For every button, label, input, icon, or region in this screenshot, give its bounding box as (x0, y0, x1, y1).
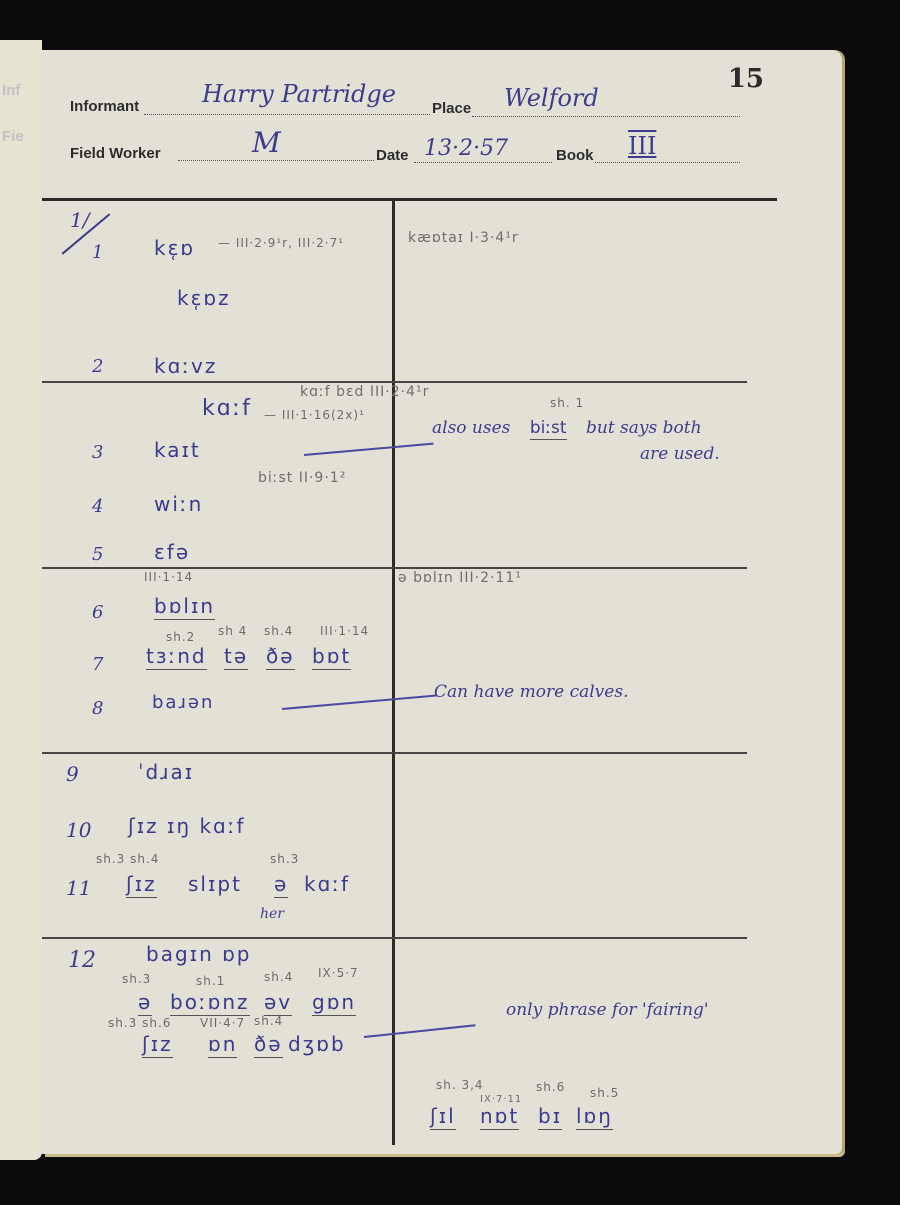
pencil-note: kæɒtaɪ I·3·4¹r (408, 230, 519, 246)
sh-label: sh.6 (536, 1080, 565, 1094)
table-column-divider (392, 200, 395, 1145)
informant-line (144, 114, 430, 115)
sh-label: sh. 3,4 (436, 1078, 484, 1092)
sh-label: sh.4 (264, 970, 293, 984)
ghost-label: Inf (2, 82, 20, 99)
ipa-transcription: ˈdɹaɪ (138, 760, 194, 784)
ipa-word: bɪ (538, 1104, 562, 1130)
ghost-label: Fie (2, 128, 24, 145)
annotation-note-line2: are used. (640, 444, 720, 464)
correction-note: her (260, 906, 284, 922)
ipa-word: tə (224, 644, 248, 670)
informant-value: Harry Partridge (202, 80, 396, 108)
sh-label: sh.4 (264, 624, 293, 638)
note-word: biːst (530, 418, 567, 440)
ipa-word: ðə (266, 644, 295, 670)
ipa-word: ʃɪz (142, 1032, 173, 1058)
ipa-transcription: wiːn (154, 492, 203, 516)
row-divider (42, 381, 747, 383)
ipa-transcription: ʃɪz ɪŋ kɑːf (128, 814, 246, 838)
ipa-transcription: kɛ̜ɒ (154, 236, 195, 260)
ipa-word: ðə (254, 1032, 283, 1058)
annotation-arrow (282, 694, 437, 709)
date-line (414, 162, 552, 163)
ipa-word: əv (264, 990, 292, 1016)
pencil-note: biːst II·9·1² (258, 470, 346, 486)
section-marker: 1/ (70, 208, 89, 232)
informant-label: Informant (70, 98, 139, 115)
pencil-note: ə bɒlɪn III·2·11¹ (398, 570, 522, 586)
ipa-transcription: kɑːvz (154, 354, 217, 378)
item-number: 12 (68, 948, 96, 973)
place-line (472, 116, 740, 117)
ipa-word: kɑːf (304, 872, 350, 896)
ipa-word: boːɒnz (170, 990, 250, 1016)
sh-label: sh.3 (122, 972, 151, 986)
item-number: 5 (92, 544, 103, 565)
sh-label: sh.3 sh.6 (108, 1016, 171, 1030)
ipa-transcription: bagɪn ɒp (146, 942, 252, 966)
book-line (595, 162, 740, 163)
sh-label: sh.2 (166, 630, 195, 644)
ipa-word: ʃɪl (430, 1104, 456, 1130)
item-number: 1 (92, 242, 103, 263)
table-top-rule (42, 198, 777, 201)
annotation-note: Can have more calves. (434, 682, 628, 702)
sh-label: sh.1 (196, 974, 225, 988)
ipa-transcription: kɑːf (202, 396, 252, 421)
ipa-word: ʃɪz (126, 872, 157, 898)
sh-label: sh.5 (590, 1086, 619, 1100)
item-number: 8 (92, 698, 103, 719)
date-label: Date (376, 147, 409, 164)
ipa-word: gɒn (312, 990, 356, 1016)
ipa-word: bɒt (312, 644, 351, 670)
sh-label: sh. 1 (550, 396, 584, 410)
item-number: 9 (66, 762, 79, 786)
place-label: Place (432, 100, 471, 117)
ipa-transcription: ɛfə (154, 540, 190, 564)
item-number: 2 (92, 356, 103, 377)
pencil-note: kɑːf bɛd III·2·4¹r (300, 384, 429, 400)
row-divider (42, 752, 747, 754)
sh-label: sh.4 (254, 1014, 283, 1028)
sh-label: sh 4 (218, 624, 247, 638)
ipa-transcription: kɛ̜ɒz (177, 286, 231, 310)
annotation-arrow (364, 1024, 476, 1037)
item-number: 6 (92, 602, 103, 623)
sh-label: sh.3 sh.4 (96, 852, 159, 866)
ipa-word: dʒɒb (288, 1032, 346, 1056)
sh-label: VII·4·7 (200, 1016, 245, 1030)
book-label: Book (556, 147, 594, 164)
sh-label: sh.3 (270, 852, 299, 866)
ipa-word: nɒt (480, 1104, 519, 1130)
row-divider (42, 567, 747, 569)
field-worker-value: M (252, 126, 281, 159)
annotation-note: only phrase for 'fairing' (506, 1000, 709, 1020)
item-number: 3 (92, 442, 103, 463)
ipa-word: ɒn (208, 1032, 237, 1058)
cross-reference: — III·1·16(2x)¹ (264, 408, 365, 422)
ipa-transcription: baɹən (152, 692, 214, 713)
note-suffix: but says both (586, 418, 702, 438)
previous-page-edge: Inf Fie (0, 40, 42, 1160)
ipa-word: ə (274, 872, 288, 898)
item-number: 10 (66, 818, 91, 842)
note-prefix: also uses (432, 418, 510, 438)
ipa-word: tɜːnd (146, 644, 207, 670)
ipa-word: ə (138, 990, 152, 1016)
notebook-page: 15 Informant Harry Partridge Place Welfo… (42, 50, 842, 1154)
annotation-arrow (304, 443, 434, 456)
ipa-transcription: kaɪt (154, 438, 201, 462)
sh-label: IX·5·7 (318, 966, 359, 980)
place-value: Welford (504, 84, 599, 112)
item-number: 11 (66, 876, 91, 900)
ipa-transcription: bɒlɪn (154, 594, 215, 620)
item-number: 4 (92, 496, 103, 517)
row-divider (42, 937, 747, 939)
ipa-word: lɒŋ (576, 1104, 613, 1130)
field-worker-line (178, 160, 374, 161)
field-worker-label: Field Worker (70, 145, 161, 162)
item-number: 7 (92, 654, 103, 675)
book-value: III (628, 132, 656, 160)
cross-reference: — III·2·9¹r, III·2·7¹ (218, 236, 344, 250)
annotation-note: also uses biːst but says both (432, 418, 702, 438)
date-value: 13·2·57 (424, 136, 508, 161)
page-number: 15 (728, 64, 764, 94)
ipa-word: slɪpt (188, 872, 242, 896)
cross-reference: III·1·14 (144, 570, 193, 584)
sh-label: III·1·14 (320, 624, 369, 638)
